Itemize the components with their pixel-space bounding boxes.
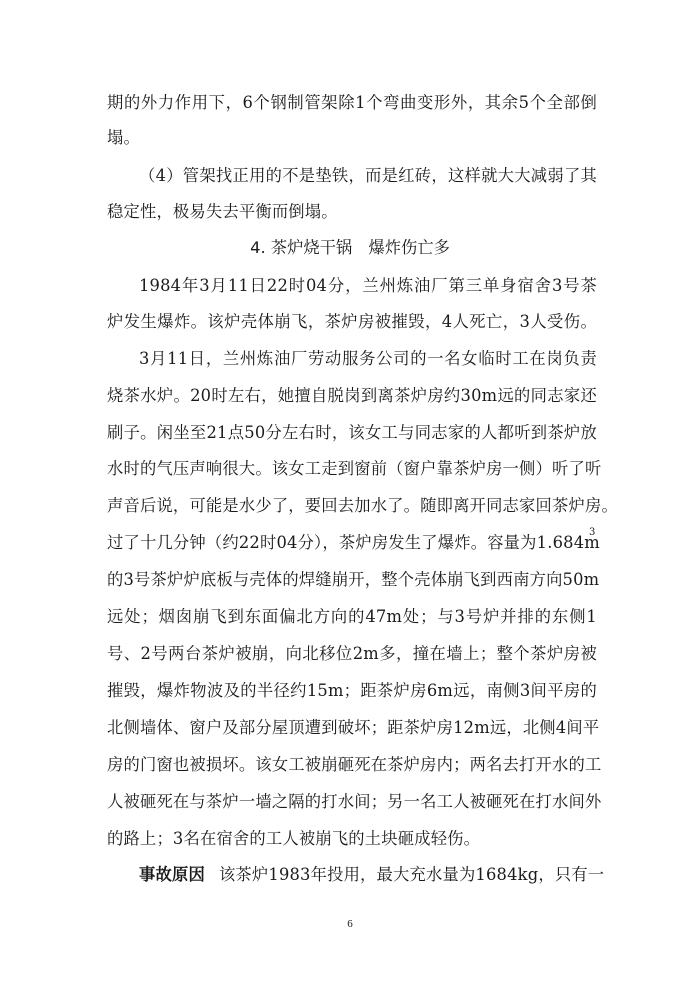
text-line: 炉发生爆炸。该炉壳体崩飞，茶炉房被摧毁，4人死亡，3人受伤。 [107,312,597,332]
text-line: 3月11日，兰州炼油厂劳动服务公司的一名女临时工在岗负责 [139,349,597,369]
text-line: 1984年3月11日22时04分，兰州炼油厂第三单身宿舍3号茶 [139,276,597,296]
text-line: 稳定性，极易失去平衡而倒塌。 [107,202,597,222]
text-line: 期的外力作用下，6个钢制管架除1个弯曲变形外，其余5个全部倒 [107,93,597,113]
superscript-3: 3 [589,527,595,538]
text-line: 声音后说，可能是水少了，要回去加水了。随即离开同志家回茶炉房。 [107,496,597,516]
document-page: 期的外力作用下，6个钢制管架除1个弯曲变形外，其余5个全部倒 塌。 （4）管架找… [0,0,700,990]
text-line: 摧毁，爆炸物波及的半径约15m；距茶炉房6m远，南侧3间平房的 [107,681,597,701]
text-line: 塌。 [107,128,597,148]
text-line: 过了十几分钟（约22时04分），茶炉房发生了爆炸。容量为1.684m [107,533,589,553]
text-line: 水时的气压声响很大。该女工走到窗前（窗户靠茶炉房一侧）听了听 [107,459,597,479]
text-line-content: 该茶炉1983年投用，最大充水量为1684kg，只有一 [219,865,604,885]
text-line: 号、2号两台茶炉被崩，向北移位2m多，撞在墙上；整个茶炉房被 [107,644,597,664]
section-heading: 4. 茶炉烧干锅 爆炸伤亡多 [0,238,700,258]
text-line-content: 过了十几分钟（约22时04分），茶炉房发生了爆炸。容量为1.684m [107,533,600,552]
cause-label: 事故原因 [139,865,205,885]
text-line: 房的门窗也被损坏。该女工被崩砸死在茶炉房内；两名去打开水的工 [107,755,597,775]
text-line: 的3号茶炉炉底板与壳体的焊缝崩开，整个壳体崩飞到西南方向50m [107,570,597,590]
text-line: 北侧墙体、窗户及部分屋顶遭到破坏；距茶炉房12m远，北侧4间平 [107,718,597,738]
page-number: 6 [0,918,700,930]
text-line: 烧茶水炉。20时左右，她擅自脱岗到离茶炉房约30m远的同志家还 [107,386,597,406]
text-line: 远处；烟囱崩飞到东面偏北方向的47m处；与3号炉并排的东侧1 [107,607,597,627]
text-line: 人被砸死在与茶炉一墙之隔的打水间；另一名工人被砸死在打水间外 [107,792,597,812]
text-line: 刷子。闲坐至21点50分左右时，该女工与同志家的人都听到茶炉放 [107,423,597,443]
text-line: （4）管架找正用的不是垫铁，而是红砖，这样就大大减弱了其 [139,166,597,186]
text-line: 的路上；3名在宿舍的工人被崩飞的土块砸成轻伤。 [107,829,597,849]
text-line: 事故原因 该茶炉1983年投用，最大充水量为1684kg，只有一 [139,865,597,885]
